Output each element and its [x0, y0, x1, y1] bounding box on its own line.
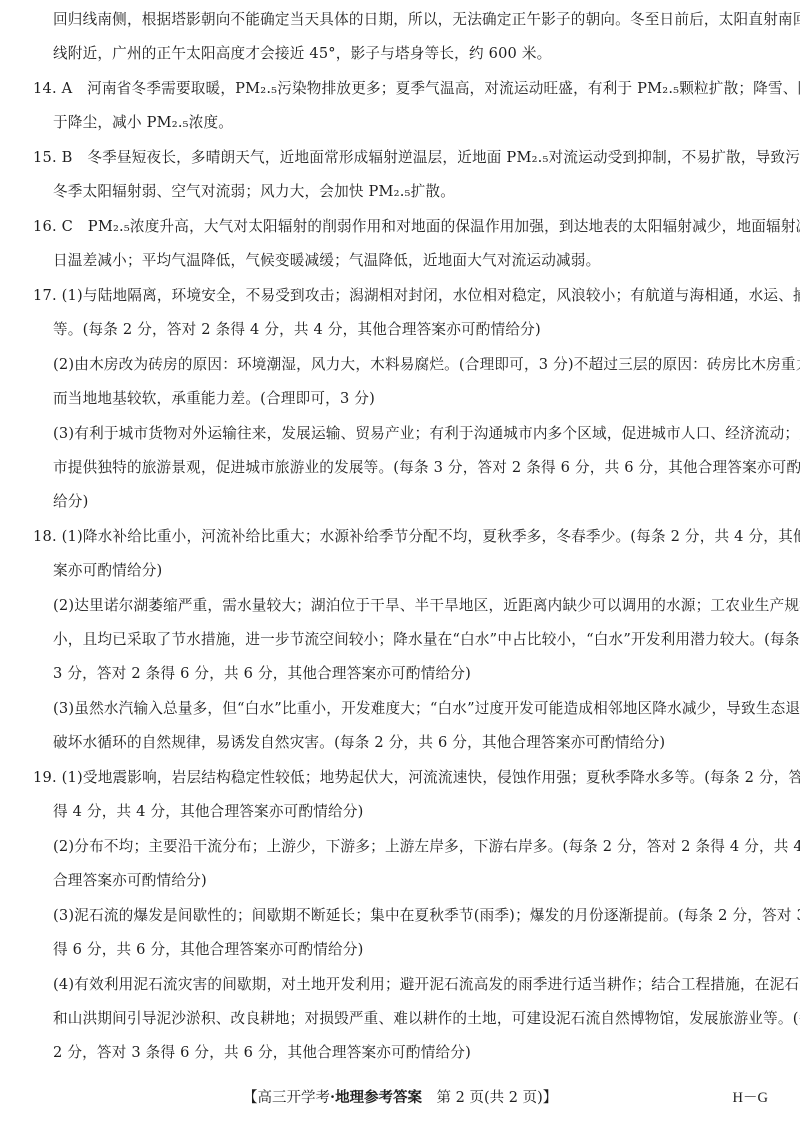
answer-text-line: 得 6 分，共 6 分，其他合理答案亦可酌情给分)	[53, 938, 769, 962]
footer-paper-code: H－G	[733, 1086, 768, 1110]
question-answer-line: 14. A 河南省冬季需要取暖，PM₂.₅污染物排放更多；夏季气温高，对流运动旺…	[33, 77, 769, 101]
answer-text-line: 市提供独特的旅游景观，促进城市旅游业的发展等。(每条 3 分，答对 2 条得 6…	[53, 456, 769, 480]
answer-text-line: 等。(每条 2 分，答对 2 条得 4 分，共 4 分，其他合理答案亦可酌情给分…	[53, 318, 769, 342]
question-answer-line: 19. (1)受地震影响，岩层结构稳定性较低；地势起伏大，河流流速快，侵蚀作用强…	[33, 766, 769, 790]
answer-text-line: 合理答案亦可酌情给分)	[53, 869, 769, 893]
answer-text-line: 日温差减小；平均气温降低，气候变暖减缓；气温降低，近地面大气对流运动减弱。	[53, 249, 769, 273]
answer-text-line: 小，且均已采取了节水措施，进一步节流空间较小；降水量在“白水”中占比较小，“白水…	[53, 628, 769, 652]
answer-text-line: (2)由木房改为砖房的原因：环境潮湿，风力大，木料易腐烂。(合理即可，3 分)不…	[53, 353, 769, 377]
answer-sheet-page: 回归线南侧，根据塔影朝向不能确定当天具体的日期，所以，无法确定正午影子的朝向。冬…	[0, 0, 800, 1122]
answer-text-line: 于降尘，减小 PM₂.₅浓度。	[53, 111, 769, 135]
answer-text-line: 破坏水循环的自然规律，易诱发自然灾害。(每条 2 分，共 6 分，其他合理答案亦…	[53, 731, 769, 755]
footer-exam-name: 高三开学考	[258, 1090, 331, 1106]
answer-text-line: (3)虽然水汽输入总量多，但“白水”比重小，开发难度大；“白水”过度开发可能造成…	[53, 697, 769, 721]
question-answer-line: 16. C PM₂.₅浓度升高，大气对太阳辐射的削弱作用和对地面的保温作用加强，…	[33, 215, 769, 239]
footer-open-bracket: 【	[243, 1090, 258, 1106]
answer-text-line: (4)有效利用泥石流灾害的间歇期，对土地开发利用；避开泥石流高发的雨季进行适当耕…	[53, 973, 769, 997]
answer-text-line: 得 4 分，共 4 分，其他合理答案亦可酌情给分)	[53, 800, 769, 824]
answer-text-line: 给分)	[53, 490, 769, 514]
question-answer-line: 15. B 冬季昼短夜长，多晴朗天气，近地面常形成辐射逆温层，近地面 PM₂.₅…	[33, 146, 769, 170]
footer-close-bracket: 】	[543, 1090, 558, 1106]
page-footer: 【高三开学考·地理参考答案 第 2 页(共 2 页)】 H－G	[0, 1086, 800, 1110]
answer-text-line: 2 分，答对 3 条得 6 分，共 6 分，其他合理答案亦可酌情给分)	[53, 1041, 769, 1065]
answer-text-line: (3)泥石流的爆发是间歇性的；间歇期不断延长；集中在夏秋季节(雨季)；爆发的月份…	[53, 904, 769, 928]
question-answer-line: 18. (1)降水补给比重小，河流补给比重大；水源补给季节分配不均，夏秋季多，冬…	[33, 525, 769, 549]
footer-title: 【高三开学考·地理参考答案 第 2 页(共 2 页)】	[243, 1086, 563, 1110]
answer-text-line: (2)达里诺尔湖萎缩严重，需水量较大；湖泊位于干旱、半干旱地区，近距离内缺少可以…	[53, 594, 769, 618]
answer-text-line: (3)有利于城市货物对外运输往来，发展运输、贸易产业；有利于沟通城市内多个区域，…	[53, 422, 769, 446]
answer-text-line: (2)分布不均；主要沿干流分布；上游少，下游多；上游左岸多，下游右岸多。(每条 …	[53, 835, 769, 859]
answer-text-line: 冬季太阳辐射弱、空气对流弱；风力大，会加快 PM₂.₅扩散。	[53, 180, 769, 204]
answer-text-line: 和山洪期间引导泥沙淤积、改良耕地；对损毁严重、难以耕作的土地，可建设泥石流自然博…	[53, 1007, 769, 1031]
question-answer-line: 17. (1)与陆地隔离，环境安全，不易受到攻击；潟湖相对封闭，水位相对稳定，风…	[33, 284, 769, 308]
answer-text-line: 回归线南侧，根据塔影朝向不能确定当天具体的日期，所以，无法确定正午影子的朝向。冬…	[53, 8, 769, 32]
answer-text-line: 案亦可酌情给分)	[53, 559, 769, 583]
answer-text-line: 3 分，答对 2 条得 6 分，共 6 分，其他合理答案亦可酌情给分)	[53, 662, 769, 686]
answer-text-line: 而当地地基较软，承重能力差。(合理即可，3 分)	[53, 387, 769, 411]
answer-text-line: 线附近，广州的正午太阳高度才会接近 45°，影子与塔身等长，约 600 米。	[53, 42, 769, 66]
footer-subject: 地理参考答案	[335, 1089, 422, 1106]
footer-page-number: 第 2 页(共 2 页)	[422, 1090, 543, 1106]
